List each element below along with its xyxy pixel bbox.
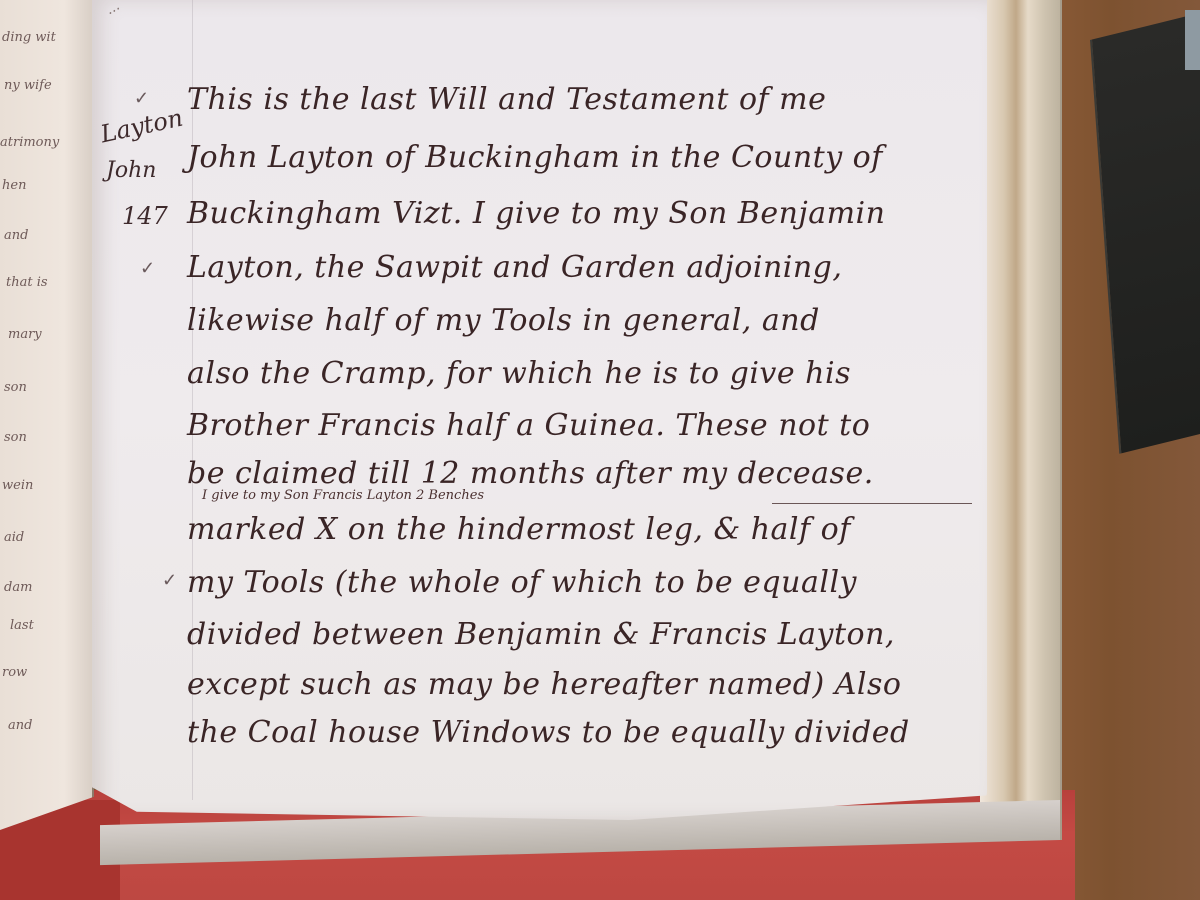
- left-fragment: wein: [2, 478, 33, 493]
- left-fragment: ding wit: [2, 30, 56, 45]
- margin-folio: 147: [122, 202, 168, 230]
- left-fragment: last: [10, 618, 34, 633]
- text-line: Buckingham Vizt. I give to my Son Benjam…: [187, 196, 885, 231]
- book-page-edges: [980, 0, 1062, 840]
- left-page: ding wit ny wife atrimony hen and that i…: [0, 0, 94, 830]
- corner-mark: ...: [103, 0, 123, 18]
- text-line: Brother Francis half a Guinea. These not…: [187, 408, 870, 443]
- left-fragment: and: [8, 718, 32, 733]
- left-fragment: dam: [4, 580, 32, 595]
- text-line: This is the last Will and Testament of m…: [187, 82, 826, 117]
- text-line: my Tools (the whole of which to be equal…: [187, 565, 857, 600]
- text-line: Layton, the Sawpit and Garden adjoining,: [187, 250, 842, 285]
- text-line: likewise half of my Tools in general, an…: [187, 303, 820, 338]
- margin-forename: John: [106, 158, 156, 183]
- check-mark-icon: ✓: [140, 258, 155, 279]
- left-fragment: hen: [2, 178, 26, 193]
- text-line: also the Cramp, for which he is to give …: [187, 356, 851, 391]
- check-mark-icon: ✓: [162, 570, 177, 591]
- left-fragment: row: [2, 665, 27, 680]
- left-fragment: son: [4, 380, 27, 395]
- text-line: be claimed till 12 months after my decea…: [187, 456, 874, 491]
- text-line: divided between Benjamin & Francis Layto…: [187, 617, 895, 652]
- left-fragment: that is: [6, 275, 48, 290]
- left-fragment: aid: [4, 530, 24, 545]
- left-fragment: ny wife: [4, 78, 52, 93]
- object-edge: [1185, 10, 1200, 70]
- text-line: except such as may be hereafter named) A…: [187, 667, 901, 702]
- left-fragment: mary: [8, 327, 42, 342]
- register-page: ... Layton John 147 ✓ ✓ ✓ This is the la…: [92, 0, 987, 820]
- left-fragment: atrimony: [0, 135, 59, 150]
- check-mark-icon: ✓: [134, 88, 149, 109]
- left-fragment: and: [4, 228, 28, 243]
- text-line: marked X on the hindermost leg, & half o…: [187, 512, 851, 547]
- margin-surname: Layton: [98, 104, 185, 149]
- interlinear-insertion: I give to my Son Francis Layton 2 Benche…: [202, 488, 484, 503]
- text-line: the Coal house Windows to be equally div…: [187, 715, 910, 750]
- text-line: John Layton of Buckingham in the County …: [187, 140, 883, 175]
- left-fragment: son: [4, 430, 27, 445]
- insertion-rule: [772, 503, 972, 504]
